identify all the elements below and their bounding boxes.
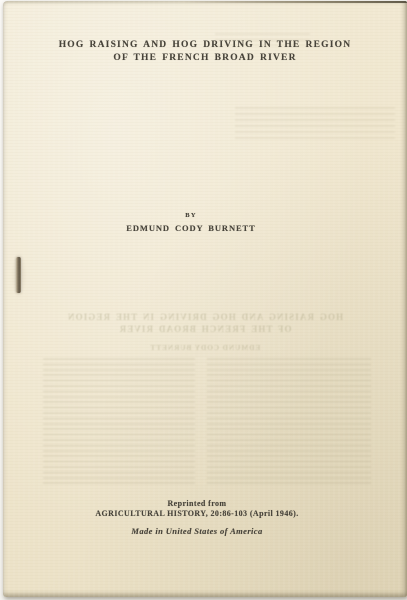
showthrough-author: EDMUND CODY BURNETT (3, 343, 407, 352)
showthrough-text-column-left (43, 358, 195, 485)
byline-block: BY EDMUND CODY BURNETT (3, 212, 393, 233)
scanned-photo: HOG RAISING AND HOG DRIVING IN THE REGIO… (0, 0, 407, 600)
author-name: EDMUND CODY BURNETT (3, 223, 393, 233)
showthrough-title: HOG RAISING AND HOG DRIVING IN THE REGIO… (3, 311, 407, 335)
showthrough-text-column-right (207, 358, 371, 485)
staple (16, 257, 21, 293)
pamphlet-cover: HOG RAISING AND HOG DRIVING IN THE REGIO… (3, 1, 407, 597)
showthrough-title-line-1: HOG RAISING AND HOG DRIVING IN THE REGIO… (3, 311, 407, 323)
photo-top-edge-shadow (183, 1, 407, 3)
showthrough-text-upper (235, 107, 395, 141)
byline-label: BY (3, 212, 393, 219)
reprinted-from-line: Reprinted from (3, 499, 399, 509)
reprint-notice: Reprinted from AGRICULTURAL HISTORY, 20:… (3, 499, 399, 518)
document-title: HOG RAISING AND HOG DRIVING IN THE REGIO… (3, 39, 407, 65)
made-in-line: Made in United States of America (3, 526, 399, 536)
journal-citation: AGRICULTURAL HISTORY, 20:86-103 (April 1… (3, 509, 399, 519)
showthrough-title-line-2: OF THE FRENCH BROAD RIVER (3, 323, 407, 335)
title-line-2: OF THE FRENCH BROAD RIVER (3, 52, 407, 65)
title-line-1: HOG RAISING AND HOG DRIVING IN THE REGIO… (3, 39, 407, 52)
